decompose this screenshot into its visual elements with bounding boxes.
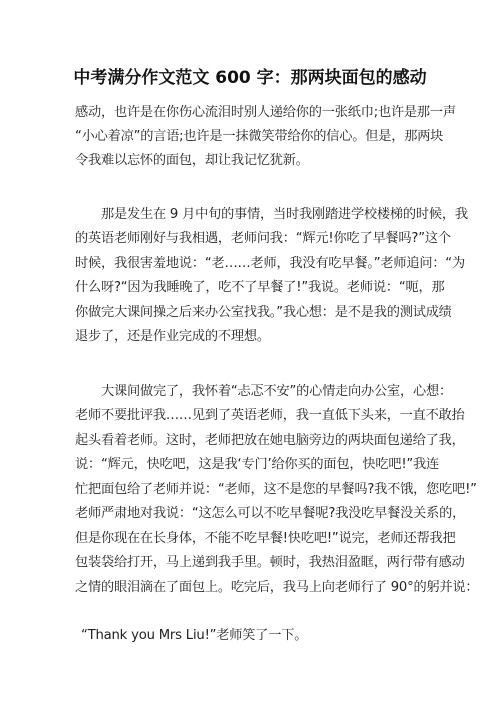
text-line: 忙把面包给了老师并说：“老师，这不是您的早餐吗?我不饿，您吃吧!”: [75, 481, 477, 499]
text-line: 你做完大课间操之后来办公室找我。”我心想：是不是我的测试成绩: [75, 304, 452, 322]
text-line: 退步了，还是作业完成的不理想。: [75, 328, 270, 346]
text-line: 包装袋给打开，马上递到我手里。顿时，我热泪盈眶，两行带有感动: [75, 554, 465, 572]
text-line: 老师不要批评我……见到了英语老师，我一直低下头来，一直不敢抬: [75, 407, 465, 425]
essay-title: 中考满分作文范文 600 字：那两块面包的感动: [0, 63, 500, 88]
text-line: 什么呀?“因为我睡晚了，吃不了早餐了!”我说。老师说：“呃，那: [75, 279, 444, 297]
text-line: 时候，我很害羞地说：“老……老师，我没有吃早餐。”老师追问：“为: [75, 255, 465, 273]
text-line: 那是发生在 9 月中旬的事情，当时我刚踏进学校楼梯的时候，我: [101, 206, 468, 224]
text-line: 大课间做完了，我怀着“忐忑不安”的心情走向办公室，心想：: [101, 383, 452, 401]
text-line: 感动，也许是在你伤心流泪时别人递给你的一张纸巾;也许是那一声: [75, 104, 456, 122]
text-line: 令我难以忘怀的面包，却让我记忆犹新。: [75, 152, 309, 170]
text-line: 老师严肃地对我说：“这怎么可以不吃早餐呢?我没吃早餐没关系的，: [75, 505, 465, 523]
text-line: 说：“辉元，快吃吧，这是我‘专门’给你买的面包，快吃吧!”我连: [75, 456, 439, 474]
text-line: 起头看着老师。这时，老师把放在她电脑旁边的两块面包递给了我，: [75, 432, 465, 450]
text-line: 之情的眼泪滴在了面包上。吃完后，我马上向老师行了 90°的躬并说：: [75, 579, 478, 597]
text-line: “Thank you Mrs Liu!”老师笑了一下。: [81, 627, 307, 645]
text-line: 的英语老师刚好与我相遇，老师问我：“辉元!你吃了早餐吗?”这个: [75, 230, 451, 248]
text-line: “小心着凉”的言语;也许是一抹微笑带给你的信心。但是，那两块: [75, 128, 443, 146]
text-line: 但是你现在在长身体，不能不吃早餐!快吃吧!”说完，老师还帮我把: [75, 530, 455, 548]
